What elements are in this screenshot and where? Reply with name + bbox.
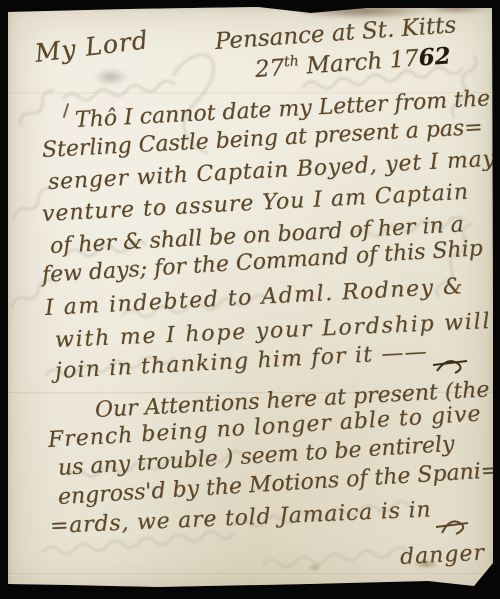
letter-photograph: My Lord Pensance at St. Kitts 27th March… [0, 0, 500, 599]
ink-stain [308, 564, 322, 571]
smudge-mark [94, 69, 128, 85]
date-day: 27 [254, 55, 285, 83]
pen-flourish-mark [436, 515, 470, 539]
fold-crease [8, 573, 493, 576]
date-ordinal: th [283, 53, 299, 70]
date-year: 62 [418, 42, 452, 71]
letter-page: My Lord Pensance at St. Kitts 27th March… [8, 7, 493, 591]
catchword: danger [399, 541, 485, 570]
pen-flourish-mark [433, 355, 469, 377]
